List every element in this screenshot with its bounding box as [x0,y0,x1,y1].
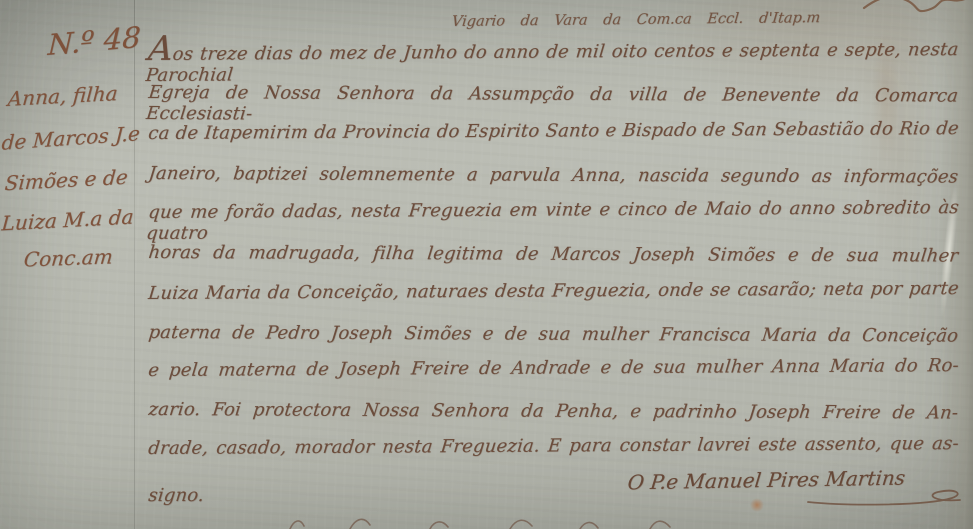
record-text-line: paterna de Pedro Joseph Simões e de sua … [146,322,959,360]
margin-record-number: N.º 48 [47,20,141,62]
record-text-line: Janeiro, baptizei solemnemente a parvula… [146,163,959,201]
record-text-line: ca de Itapemirim da Provincia do Espirit… [146,118,960,157]
next-record-peek-strokes [280,516,700,529]
record-text-line: Egreja de Nossa Senhora da Assumpção da … [146,82,959,120]
margin-note-line: Conc.am [23,244,114,271]
manuscript-scan: Vigario da Vara da Com.ca Eccl. d'Itap.m… [0,0,973,529]
record-text-line: signo. [146,485,370,519]
previous-signature-flourish-icon [862,0,973,16]
vicar-header-inscription: Vigario da Vara da Com.ca Eccl. d'Itap.m [451,10,821,30]
record-text-line: Aos treze dias do mez de Junho do anno d… [146,35,960,74]
margin-note-line: de Marcos J.e [1,121,141,155]
record-text-line: e pela materna de Joseph Freire de Andra… [146,355,960,394]
margin-note-line: Simões e de [4,165,129,195]
margin-rule-line [134,0,135,529]
foxing-spot [750,498,764,512]
signature-flourish-icon [806,486,966,508]
record-text-line: horas da madrugada, filha legitima de Ma… [146,242,959,280]
record-text-line: zario. Foi protectora Nossa Senhora da P… [146,399,959,437]
record-text-line: Luiza Maria da Conceição, naturaes desta… [146,278,960,317]
record-text-line: que me forão dadas, nesta Freguezia em v… [146,197,960,236]
margin-note-line: Luiza M.a da [1,205,135,236]
margin-note-line: Anna, filha [7,81,119,111]
